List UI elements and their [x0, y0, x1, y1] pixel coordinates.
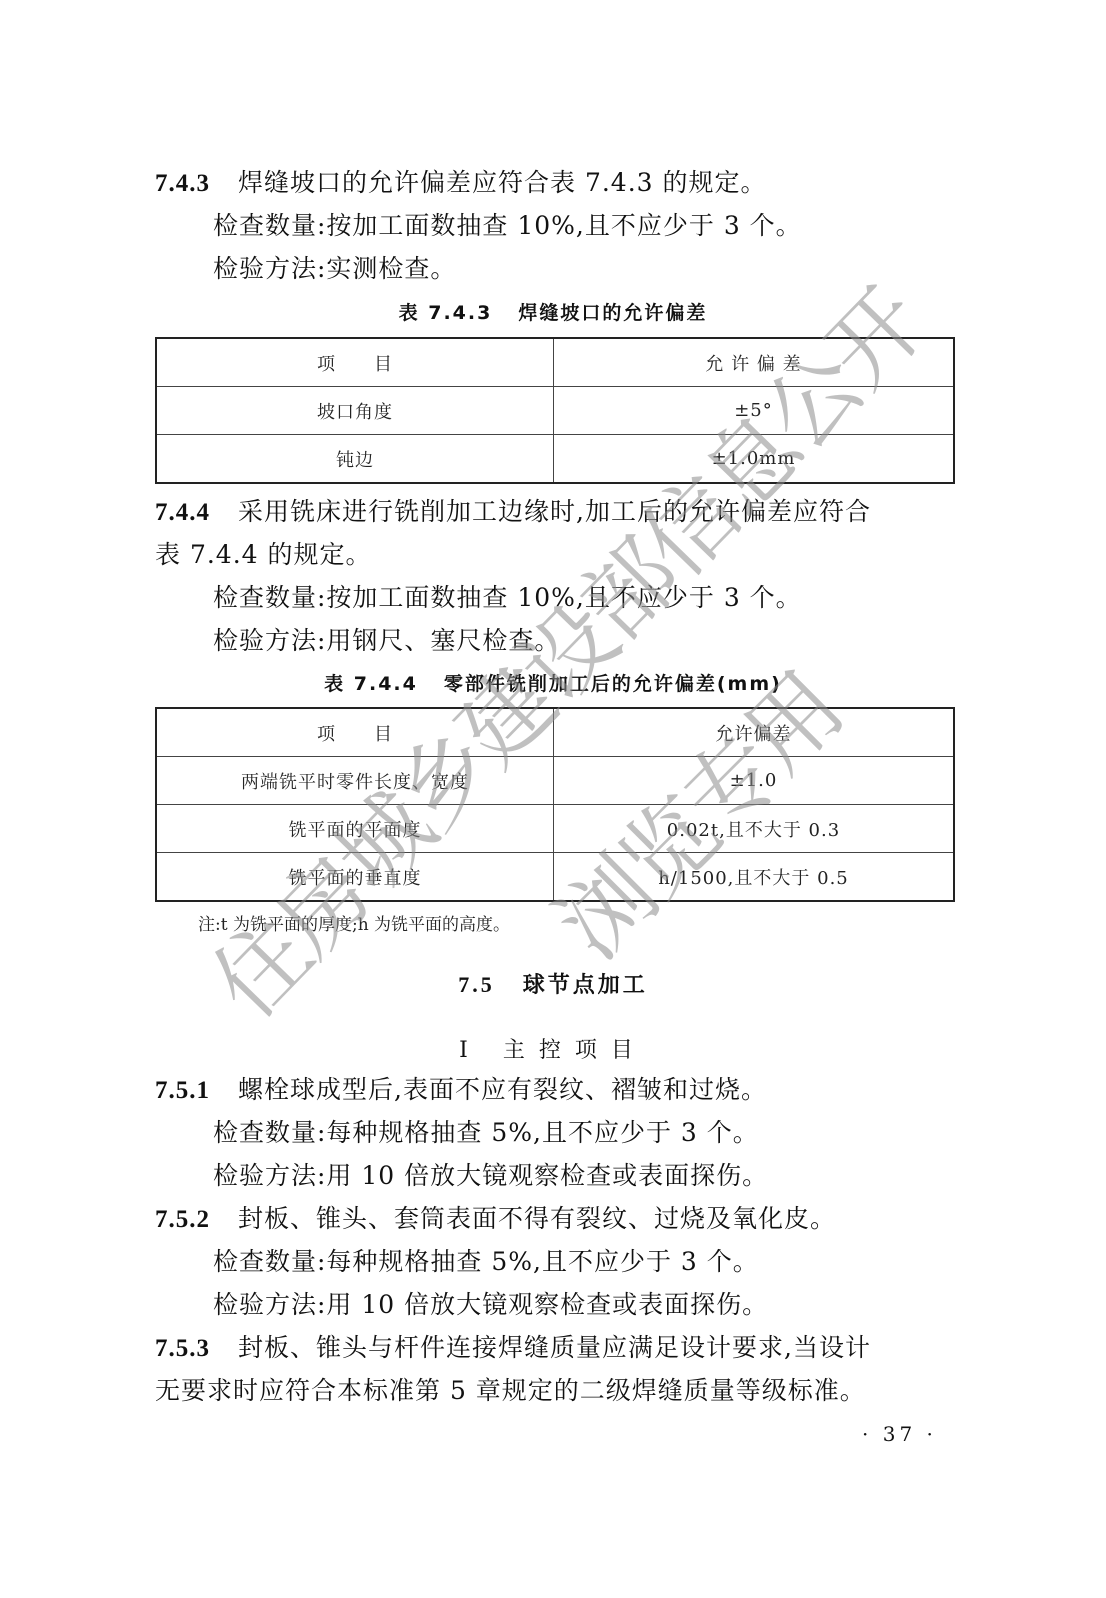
clause-7-5-2: 7.5.2封板、锥头、套筒表面不得有裂纹、过烧及氧化皮。	[155, 1204, 836, 1235]
clause-number: 7.5.2	[155, 1206, 210, 1233]
header-cell: 项 目	[156, 338, 554, 387]
caption-number: 表 7.4.3	[399, 302, 493, 324]
clause-7-5-3: 7.5.3封板、锥头与杆件连接焊缝质量应满足设计要求,当设计	[155, 1333, 871, 1364]
clause-number: 7.5.1	[155, 1077, 210, 1104]
table-caption-7-4-3: 表 7.4.3焊缝坡口的允许偏差	[0, 298, 1106, 325]
clause-text: 封板、锥头与杆件连接焊缝质量应满足设计要求,当设计	[238, 1333, 871, 1362]
table-note: 注:t 为铣平面的厚度;h 为铣平面的高度。	[198, 910, 510, 935]
check-method: 检验方法:用钢尺、塞尺检查。	[213, 626, 560, 656]
clause-text: 螺栓球成型后,表面不应有裂纹、褶皱和过烧。	[238, 1075, 767, 1104]
check-quantity: 检查数量:每种规格抽查 5%,且不应少于 3 个。	[213, 1118, 759, 1148]
page-number: · 37 ·	[862, 1422, 937, 1446]
table-header-row: 项 目 允许偏差	[156, 708, 954, 757]
caption-title: 零部件铣削加工后的允许偏差(mm)	[444, 673, 782, 695]
section-name: 球节点加工	[523, 973, 648, 998]
check-quantity: 检查数量:按加工面数抽查 10%,且不应少于 3 个。	[213, 583, 802, 613]
table-row: 铣平面的平面度 0.02t,且不大于 0.3	[156, 805, 954, 853]
table-cell: ±1.0	[554, 757, 955, 805]
subsection-title: Ⅰ 主控项目	[0, 1033, 1106, 1064]
table-cell: ±1.0mm	[554, 435, 955, 484]
table-7-4-3: 项 目 允 许 偏 差 坡口角度 ±5° 钝边 ±1.0mm	[155, 337, 955, 484]
table-cell: 钝边	[156, 435, 554, 484]
clause-number: 7.4.3	[155, 170, 210, 197]
table-row: 坡口角度 ±5°	[156, 387, 954, 435]
header-cell: 项 目	[156, 708, 554, 757]
clause-text: 采用铣床进行铣削加工边缘时,加工后的允许偏差应符合	[238, 497, 871, 526]
check-quantity: 检查数量:按加工面数抽查 10%,且不应少于 3 个。	[213, 211, 802, 241]
caption-number: 表 7.4.4	[324, 673, 418, 695]
table-row: 铣平面的垂直度 h/1500,且不大于 0.5	[156, 853, 954, 902]
table-cell: 两端铣平时零件长度、宽度	[156, 757, 554, 805]
clause-7-4-4: 7.4.4采用铣床进行铣削加工边缘时,加工后的允许偏差应符合	[155, 497, 871, 528]
clause-text: 焊缝坡口的允许偏差应符合表 7.4.3 的规定。	[238, 168, 767, 197]
section-title-7-5: 7.5球节点加工	[0, 968, 1106, 999]
table-row: 两端铣平时零件长度、宽度 ±1.0	[156, 757, 954, 805]
clause-number: 7.4.4	[155, 499, 210, 526]
clause-7-5-1: 7.5.1螺栓球成型后,表面不应有裂纹、褶皱和过烧。	[155, 1075, 767, 1106]
clause-number: 7.5.3	[155, 1335, 210, 1362]
check-method: 检验方法:用 10 倍放大镜观察检查或表面探伤。	[213, 1161, 768, 1191]
check-method: 检验方法:实测检查。	[213, 254, 456, 284]
table-header-row: 项 目 允 许 偏 差	[156, 338, 954, 387]
table-cell: 0.02t,且不大于 0.3	[554, 805, 955, 853]
check-method: 检验方法:用 10 倍放大镜观察检查或表面探伤。	[213, 1290, 768, 1320]
table-7-4-4: 项 目 允许偏差 两端铣平时零件长度、宽度 ±1.0 铣平面的平面度 0.02t…	[155, 707, 955, 902]
header-cell: 允许偏差	[554, 708, 955, 757]
table-caption-7-4-4: 表 7.4.4零部件铣削加工后的允许偏差(mm)	[0, 669, 1106, 696]
caption-title: 焊缝坡口的允许偏差	[518, 302, 707, 324]
table-cell: 铣平面的平面度	[156, 805, 554, 853]
section-number: 7.5	[458, 972, 495, 997]
clause-text-continued: 无要求时应符合本标准第 5 章规定的二级焊缝质量等级标准。	[155, 1376, 866, 1406]
table-cell: ±5°	[554, 387, 955, 435]
document-page: 7.4.3焊缝坡口的允许偏差应符合表 7.4.3 的规定。 检查数量:按加工面数…	[0, 0, 1106, 1598]
header-cell: 允 许 偏 差	[554, 338, 955, 387]
check-quantity: 检查数量:每种规格抽查 5%,且不应少于 3 个。	[213, 1247, 759, 1277]
clause-7-4-3: 7.4.3焊缝坡口的允许偏差应符合表 7.4.3 的规定。	[155, 168, 767, 199]
clause-text-continued: 表 7.4.4 的规定。	[155, 540, 372, 570]
table-cell: 铣平面的垂直度	[156, 853, 554, 902]
table-cell: h/1500,且不大于 0.5	[554, 853, 955, 902]
table-cell: 坡口角度	[156, 387, 554, 435]
table-row: 钝边 ±1.0mm	[156, 435, 954, 484]
clause-text: 封板、锥头、套筒表面不得有裂纹、过烧及氧化皮。	[238, 1204, 836, 1233]
